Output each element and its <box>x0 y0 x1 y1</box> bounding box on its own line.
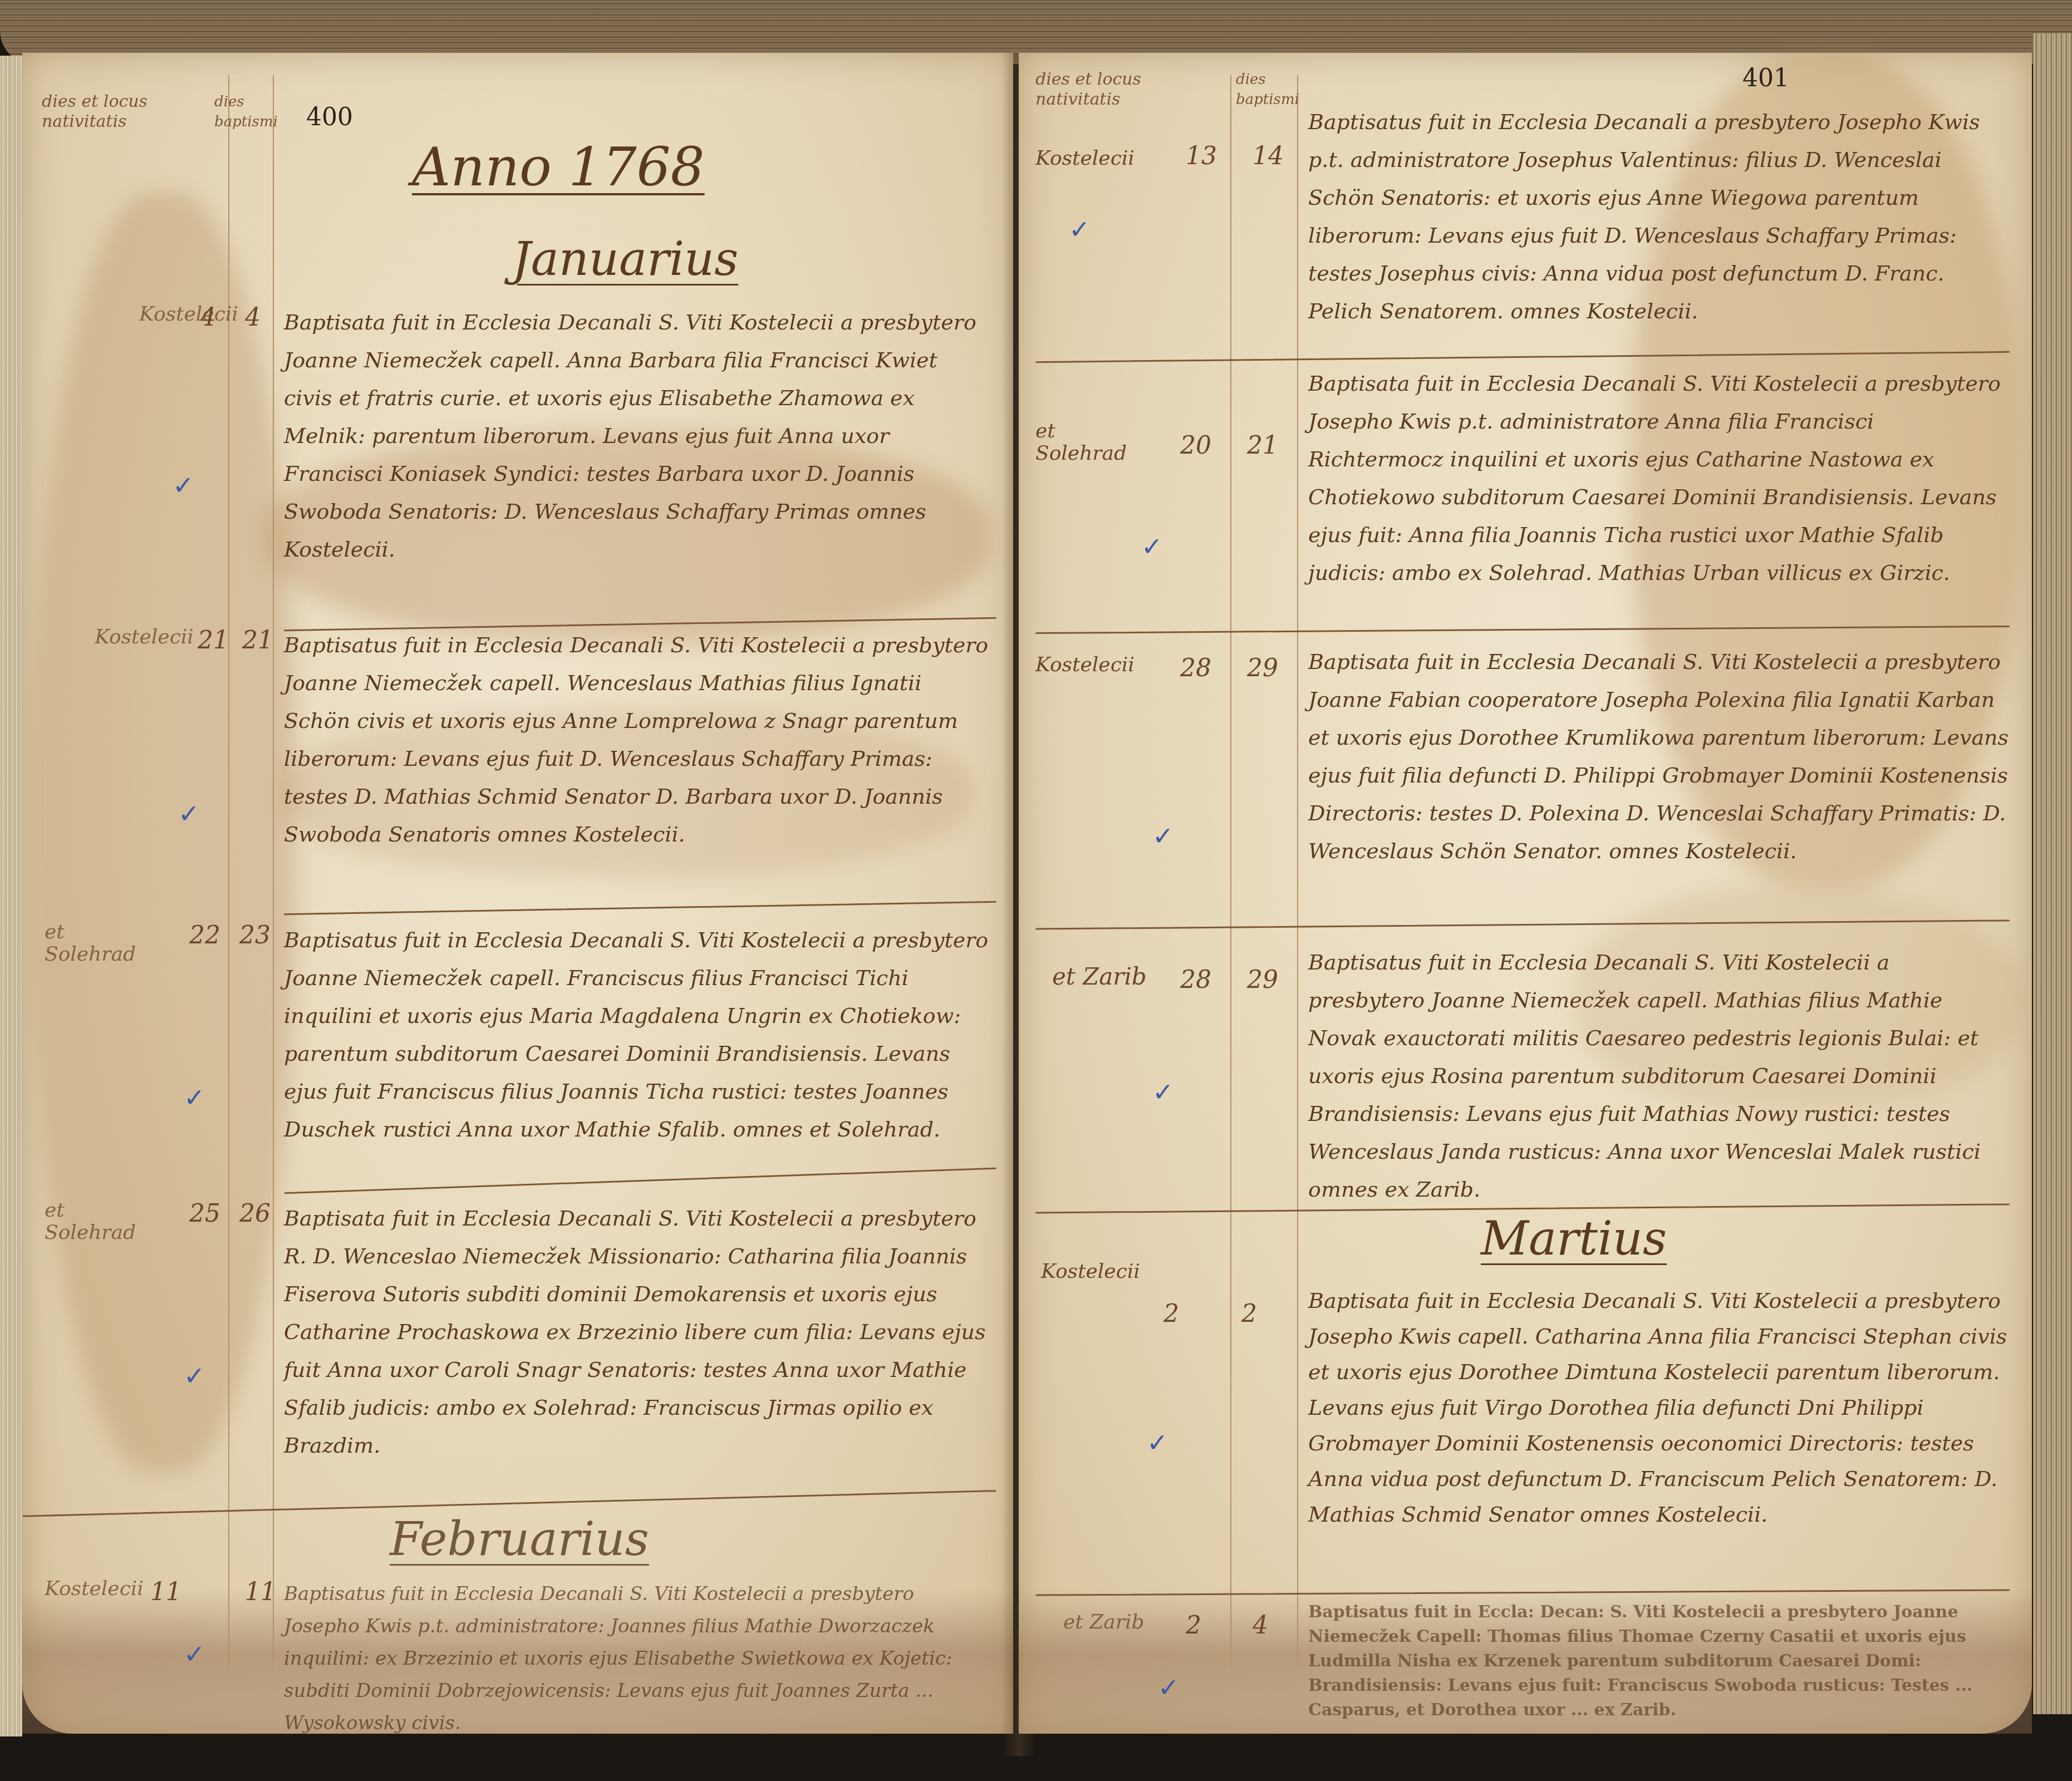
pencil-check-mark: ✓ <box>1152 1077 1174 1107</box>
column-header-date: dies baptismi <box>214 92 270 132</box>
entry-place: Kostelecii <box>1035 147 1135 170</box>
entry-baptism-day: 11 <box>245 1578 276 1606</box>
entry-text: Baptisata fuit in Ecclesia Decanali S. V… <box>284 1199 991 1464</box>
entry-text: Baptisata fuit in Ecclesia Decanali S. V… <box>284 303 991 568</box>
entry-baptism-day: 26 <box>239 1199 271 1228</box>
pencil-check-mark: ✓ <box>178 799 200 829</box>
entry-text: Baptisata fuit in Ecclesia Decanali S. V… <box>1308 1283 2010 1532</box>
pencil-check-mark: ✓ <box>1152 821 1174 851</box>
entry-birth-day: 2 <box>1186 1611 1201 1640</box>
pencil-check-mark: ✓ <box>1158 1672 1180 1703</box>
register-entry: et Zarib 2 4 Baptisatus fuit in Eccla: D… <box>1019 1600 2032 1734</box>
year-heading: Anno 1768 <box>412 136 705 198</box>
entry-text: Baptisatus fuit in Ecclesia Decanali S. … <box>284 921 991 1148</box>
pencil-check-mark: ✓ <box>184 1361 205 1391</box>
entry-baptism-day: 21 <box>242 626 273 655</box>
left-page: dies et locus nativitatis dies baptismi … <box>22 53 1013 1734</box>
register-entry: Kostelecii 13 14 Baptisatus fuit in Eccl… <box>1019 103 2032 359</box>
pencil-check-mark: ✓ <box>1147 1428 1168 1458</box>
entry-place: Kostelecii <box>45 1578 144 1600</box>
entry-text: Baptisatus fuit in Eccla: Decan: S. Viti… <box>1308 1600 2010 1723</box>
entry-birth-day: 13 <box>1186 142 1217 170</box>
register-entry: Kostelecii 4 4 Baptisata fuit in Ecclesi… <box>22 303 1013 626</box>
register-entry: Kostelecii 11 11 Baptisatus fuit in Eccl… <box>22 1578 1013 1723</box>
pencil-check-mark: ✓ <box>184 1083 205 1113</box>
entry-place: Kostelecii <box>139 303 238 326</box>
entry-text: Baptisatus fuit in Ecclesia Decanali a p… <box>1308 103 2010 330</box>
entry-birth-day: 28 <box>1180 654 1211 682</box>
register-entry: et Zarib 28 29 Baptisatus fuit in Eccles… <box>1019 943 2032 1211</box>
entry-baptism-day: 4 <box>245 303 261 332</box>
entry-birth-day: 21 <box>198 626 229 655</box>
entry-place: et Zarib <box>1063 1611 1144 1634</box>
entry-text: Baptisatus fuit in Ecclesia Decanali S. … <box>1308 943 2010 1208</box>
entry-birth-day: 25 <box>189 1199 220 1228</box>
entry-baptism-day: 29 <box>1247 654 1278 682</box>
entry-place: et Solehrad <box>45 1199 156 1244</box>
register-entry: Kostelecii 28 29 Baptisata fuit in Eccle… <box>1019 643 2032 927</box>
register-entry: et Solehrad 25 26 Baptisata fuit in Eccl… <box>22 1199 1013 1511</box>
entry-birth-day: 28 <box>1180 966 1211 994</box>
entry-baptism-day: 14 <box>1253 142 1284 170</box>
register-entry: et Solehrad 20 21 Baptisata fuit in Eccl… <box>1019 365 2032 632</box>
register-entry: Kostelecii 2 2 Baptisata fuit in Ecclesi… <box>1019 1283 2032 1595</box>
entry-birth-day: 20 <box>1180 431 1211 460</box>
entry-text: Baptisata fuit in Ecclesia Decanali S. V… <box>1308 643 2010 870</box>
right-page: dies et locus nativitatis dies baptismi … <box>1019 53 2032 1734</box>
pencil-check-mark: ✓ <box>1069 214 1091 244</box>
month-heading-februarius: Februarius <box>390 1511 649 1567</box>
page-number: 401 <box>1742 64 1789 92</box>
month-heading-januarius: Januarius <box>512 231 738 287</box>
open-register-book: dies et locus nativitatis dies baptismi … <box>0 0 2072 1781</box>
pencil-check-mark: ✓ <box>173 470 194 500</box>
entry-place: Kostelecii <box>1035 654 1135 676</box>
entry-baptism-day: 23 <box>239 921 271 949</box>
entry-place: et Zarib <box>1052 966 1147 988</box>
entry-birth-day: 11 <box>150 1578 181 1606</box>
register-entry: Kostelecii 21 21 Baptisatus fuit in Eccl… <box>22 626 1013 910</box>
entry-place: et Solehrad <box>45 921 156 966</box>
entry-text: Baptisata fuit in Ecclesia Decanali S. V… <box>1308 365 2010 592</box>
page-number: 400 <box>306 103 353 131</box>
entry-birth-day: 4 <box>200 303 216 332</box>
register-entry: et Solehrad 22 23 Baptisatus fuit in Ecc… <box>22 921 1013 1183</box>
entry-place: et Solehrad <box>1035 420 1136 465</box>
entry-baptism-day: 4 <box>1253 1611 1268 1640</box>
entry-place: Kostelecii <box>1041 1261 1140 1283</box>
entry-birth-day: 22 <box>189 921 220 949</box>
pencil-check-mark: ✓ <box>1141 532 1163 562</box>
entry-separator <box>284 1168 996 1194</box>
month-heading-martius: Martius <box>1481 1211 1667 1266</box>
entry-text: Baptisatus fuit in Ecclesia Decanali S. … <box>284 1578 991 1739</box>
entry-place: Kostelecii <box>95 626 194 648</box>
entry-birth-day: 2 <box>1163 1300 1179 1328</box>
left-fore-edge <box>0 56 22 1736</box>
column-header-place: dies et locus nativitatis <box>42 92 209 132</box>
entry-text: Baptisatus fuit in Ecclesia Decanali S. … <box>284 626 991 853</box>
pencil-check-mark: ✓ <box>184 1639 205 1669</box>
entry-baptism-day: 21 <box>1247 431 1278 460</box>
entry-baptism-day: 2 <box>1241 1300 1257 1328</box>
right-fore-edge <box>2033 33 2072 1714</box>
entry-separator <box>284 901 996 915</box>
entry-baptism-day: 29 <box>1247 966 1278 994</box>
